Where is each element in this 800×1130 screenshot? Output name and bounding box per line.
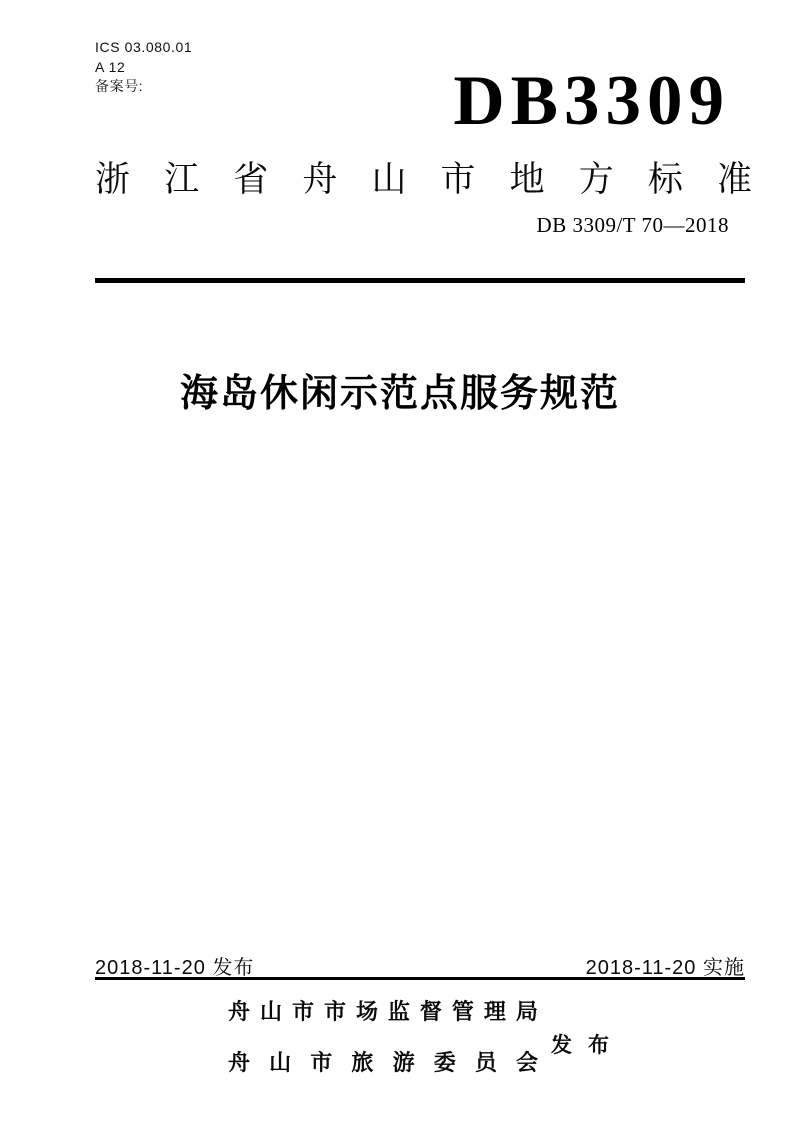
classification-code: A 12: [95, 58, 192, 78]
publisher-tourism-committee: 舟山市旅游委员会: [228, 1052, 538, 1074]
standard-number: DB 3309/T 70—2018: [537, 213, 729, 238]
standard-cover-page: ICS 03.080.01 A 12 备案号: DB3309 浙江省舟山市地方标…: [0, 0, 800, 1130]
publisher-market-supervision: 舟山市市场监督管理局: [228, 1001, 538, 1023]
document-title: 海岛休闲示范点服务规范: [0, 362, 800, 417]
date-row: 2018-11-20 发布 2018-11-20 实施: [95, 951, 745, 980]
publishers-block: 舟山市市场监督管理局 舟山市旅游委员会: [228, 1001, 538, 1074]
ics-code: ICS 03.080.01: [95, 38, 192, 58]
publish-label: 发布: [551, 1029, 609, 1059]
meta-block: ICS 03.080.01 A 12 备案号:: [95, 38, 192, 97]
db-code-logo: DB3309: [453, 66, 730, 137]
masthead-divider-rule: [95, 278, 745, 283]
issue-date: 2018-11-20 发布: [95, 951, 254, 980]
footer-divider-rule: [95, 977, 745, 980]
standard-name: 浙江省舟山市地方标准: [95, 152, 752, 202]
record-number-label: 备案号:: [95, 77, 192, 97]
implement-date: 2018-11-20 实施: [586, 951, 745, 980]
